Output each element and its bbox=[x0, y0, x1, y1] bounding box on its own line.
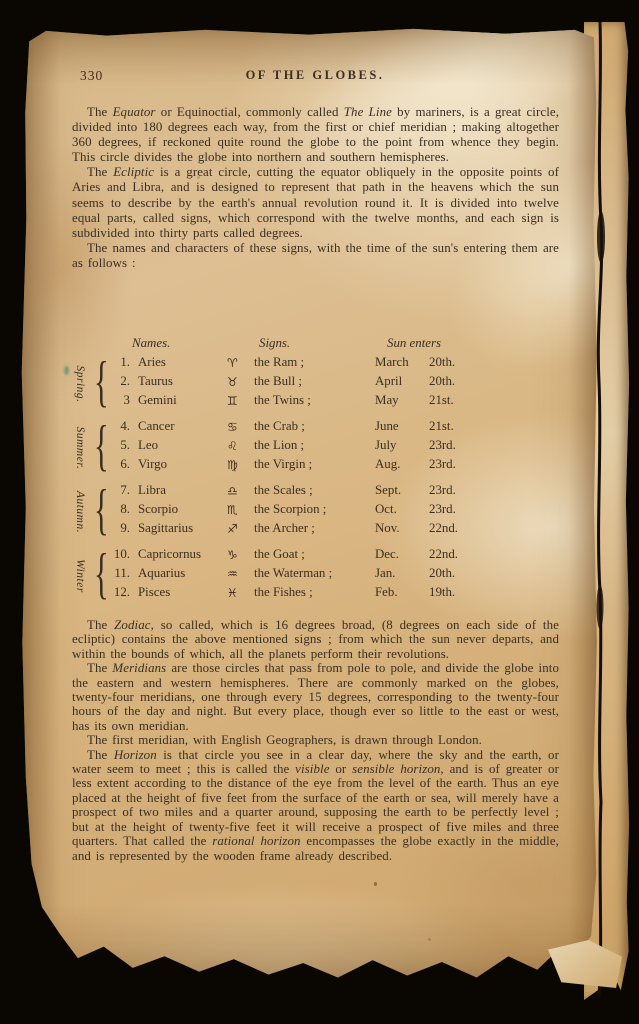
table-row: 12.Pisces♓the Fishes ;Feb.19th. bbox=[72, 585, 559, 604]
sun-enters-day: 22nd. bbox=[429, 521, 458, 536]
body-text-upper: The Equator or Equinoctial, commonly cal… bbox=[72, 105, 559, 271]
sun-enters-month: Dec. bbox=[375, 547, 399, 562]
row-number: 8. bbox=[100, 502, 130, 517]
zodiac-glyph: ♒ bbox=[227, 567, 238, 581]
sign-name: Virgo bbox=[138, 457, 167, 472]
paragraph: The names and characters of these signs,… bbox=[72, 241, 559, 271]
sun-enters-day: 20th. bbox=[429, 355, 455, 370]
season-group: Winter{10.Capricornus♑the Goat ;Dec.22nd… bbox=[72, 547, 559, 604]
table-row: 3Gemini♊the Twins ;May21st. bbox=[72, 393, 559, 412]
table-row: 7.Libra♎the Scales ;Sept.23rd. bbox=[72, 483, 559, 502]
sign-description: the Virgin ; bbox=[254, 457, 312, 472]
row-number: 1. bbox=[100, 355, 130, 370]
row-number: 3 bbox=[100, 393, 130, 408]
row-number: 4. bbox=[100, 419, 130, 434]
sun-enters-month: July bbox=[375, 438, 397, 453]
table-header-row: Names. Signs. Sun enters bbox=[72, 336, 559, 355]
foxing-speck bbox=[374, 882, 377, 886]
table-row: 10.Capricornus♑the Goat ;Dec.22nd. bbox=[72, 547, 559, 566]
sun-enters-day: 20th. bbox=[429, 374, 455, 389]
zodiac-table: Names. Signs. Sun enters Spring.{1.Aries… bbox=[72, 336, 559, 611]
ink-fleck bbox=[64, 366, 69, 375]
sign-name: Capricornus bbox=[138, 547, 201, 562]
page-gap-crack bbox=[593, 22, 611, 1000]
sign-description: the Scorpion ; bbox=[254, 502, 326, 517]
row-number: 9. bbox=[100, 521, 130, 536]
sign-name: Pisces bbox=[138, 585, 170, 600]
sign-description: the Scales ; bbox=[254, 483, 313, 498]
zodiac-glyph: ♈ bbox=[227, 356, 238, 370]
sun-enters-day: 23rd. bbox=[429, 457, 456, 472]
sign-name: Cancer bbox=[138, 419, 175, 434]
paragraph: The Equator or Equinoctial, commonly cal… bbox=[72, 105, 559, 165]
sign-description: the Goat ; bbox=[254, 547, 305, 562]
sign-description: the Archer ; bbox=[254, 521, 315, 536]
sign-description: the Fishes ; bbox=[254, 585, 313, 600]
running-head: 330 OF THE GLOBES. bbox=[72, 68, 558, 86]
col-header-signs: Signs. bbox=[259, 336, 290, 351]
table-row: 4.Cancer♋the Crab ;June21st. bbox=[72, 419, 559, 438]
sun-enters-month: March bbox=[375, 355, 409, 370]
row-number: 2. bbox=[100, 374, 130, 389]
table-row: 6.Virgo♍the Virgin ;Aug.23rd. bbox=[72, 457, 559, 476]
sign-description: the Waterman ; bbox=[254, 566, 332, 581]
zodiac-glyph: ♏ bbox=[227, 503, 238, 517]
zodiac-glyph: ♌ bbox=[227, 439, 238, 453]
zodiac-glyph: ♓ bbox=[227, 586, 238, 600]
page-number: 330 bbox=[80, 68, 103, 84]
sign-name: Gemini bbox=[138, 393, 177, 408]
sun-enters-day: 23rd. bbox=[429, 483, 456, 498]
table-row: 11.Aquarius♒the Waterman ;Jan.20th. bbox=[72, 566, 559, 585]
table-row: 5.Leo♌the Lion ;July23rd. bbox=[72, 438, 559, 457]
table-row: 8.Scorpio♏the Scorpion ;Oct.23rd. bbox=[72, 502, 559, 521]
sun-enters-day: 21st. bbox=[429, 393, 454, 408]
paragraph: The Meridians are those circles that pas… bbox=[72, 661, 559, 733]
sign-name: Libra bbox=[138, 483, 166, 498]
table-row: 1.Aries♈the Ram ;March20th. bbox=[72, 355, 559, 374]
sun-enters-month: June bbox=[375, 419, 399, 434]
sun-enters-day: 23rd. bbox=[429, 502, 456, 517]
sign-name: Aries bbox=[138, 355, 166, 370]
sign-name: Taurus bbox=[138, 374, 173, 389]
sign-description: the Lion ; bbox=[254, 438, 304, 453]
row-number: 11. bbox=[100, 566, 130, 581]
sun-enters-month: April bbox=[375, 374, 402, 389]
sign-description: the Ram ; bbox=[254, 355, 304, 370]
sun-enters-month: Aug. bbox=[375, 457, 400, 472]
sign-description: the Bull ; bbox=[254, 374, 302, 389]
season-group: Spring.{1.Aries♈the Ram ;March20th.2.Tau… bbox=[72, 355, 559, 412]
zodiac-glyph: ♊ bbox=[227, 394, 238, 408]
body-text-lower: The Zodiac, so called, which is 16 degre… bbox=[72, 618, 559, 863]
paragraph: The first meridian, with English Geograp… bbox=[72, 733, 559, 747]
scanned-book-photo: { "scan": { "background_color": "#0a0602… bbox=[0, 0, 639, 1024]
paragraph: The Zodiac, so called, which is 16 degre… bbox=[72, 618, 559, 661]
table-row: 2.Taurus♉the Bull ;April20th. bbox=[72, 374, 559, 393]
sun-enters-day: 23rd. bbox=[429, 438, 456, 453]
sign-name: Leo bbox=[138, 438, 158, 453]
sign-name: Aquarius bbox=[138, 566, 185, 581]
row-number: 10. bbox=[100, 547, 130, 562]
paragraph: The Horizon is that circle you see in a … bbox=[72, 748, 559, 863]
season-group: Autumn.{7.Libra♎the Scales ;Sept.23rd.8.… bbox=[72, 483, 559, 540]
sign-description: the Twins ; bbox=[254, 393, 311, 408]
col-header-sun-enters: Sun enters bbox=[387, 336, 441, 351]
sun-enters-day: 19th. bbox=[429, 585, 455, 600]
running-title: OF THE GLOBES. bbox=[246, 68, 385, 83]
zodiac-glyph: ♋ bbox=[227, 420, 238, 434]
sun-enters-month: May bbox=[375, 393, 399, 408]
row-number: 7. bbox=[100, 483, 130, 498]
sun-enters-month: Sept. bbox=[375, 483, 401, 498]
col-header-names: Names. bbox=[132, 336, 170, 351]
row-number: 6. bbox=[100, 457, 130, 472]
zodiac-glyph: ♉ bbox=[227, 375, 238, 389]
sign-name: Scorpio bbox=[138, 502, 178, 517]
sun-enters-month: Nov. bbox=[375, 521, 400, 536]
zodiac-glyph: ♎ bbox=[227, 484, 238, 498]
season-group: Summer.{4.Cancer♋the Crab ;June21st.5.Le… bbox=[72, 419, 559, 476]
zodiac-glyph: ♑ bbox=[227, 548, 238, 562]
book-page: 330 OF THE GLOBES. The Equator or Equino… bbox=[20, 26, 598, 989]
paragraph: The Ecliptic is a great circle, cutting … bbox=[72, 165, 559, 240]
row-number: 12. bbox=[100, 585, 130, 600]
sun-enters-month: Jan. bbox=[375, 566, 395, 581]
sun-enters-month: Feb. bbox=[375, 585, 398, 600]
sun-enters-month: Oct. bbox=[375, 502, 397, 517]
sign-description: the Crab ; bbox=[254, 419, 305, 434]
row-number: 5. bbox=[100, 438, 130, 453]
sun-enters-day: 21st. bbox=[429, 419, 454, 434]
sun-enters-day: 22nd. bbox=[429, 547, 458, 562]
sign-name: Sagittarius bbox=[138, 521, 193, 536]
table-row: 9.Sagittarius♐the Archer ;Nov.22nd. bbox=[72, 521, 559, 540]
foxing-speck bbox=[428, 938, 431, 941]
zodiac-glyph: ♐ bbox=[227, 522, 238, 536]
zodiac-glyph: ♍ bbox=[227, 458, 238, 472]
sun-enters-day: 20th. bbox=[429, 566, 455, 581]
